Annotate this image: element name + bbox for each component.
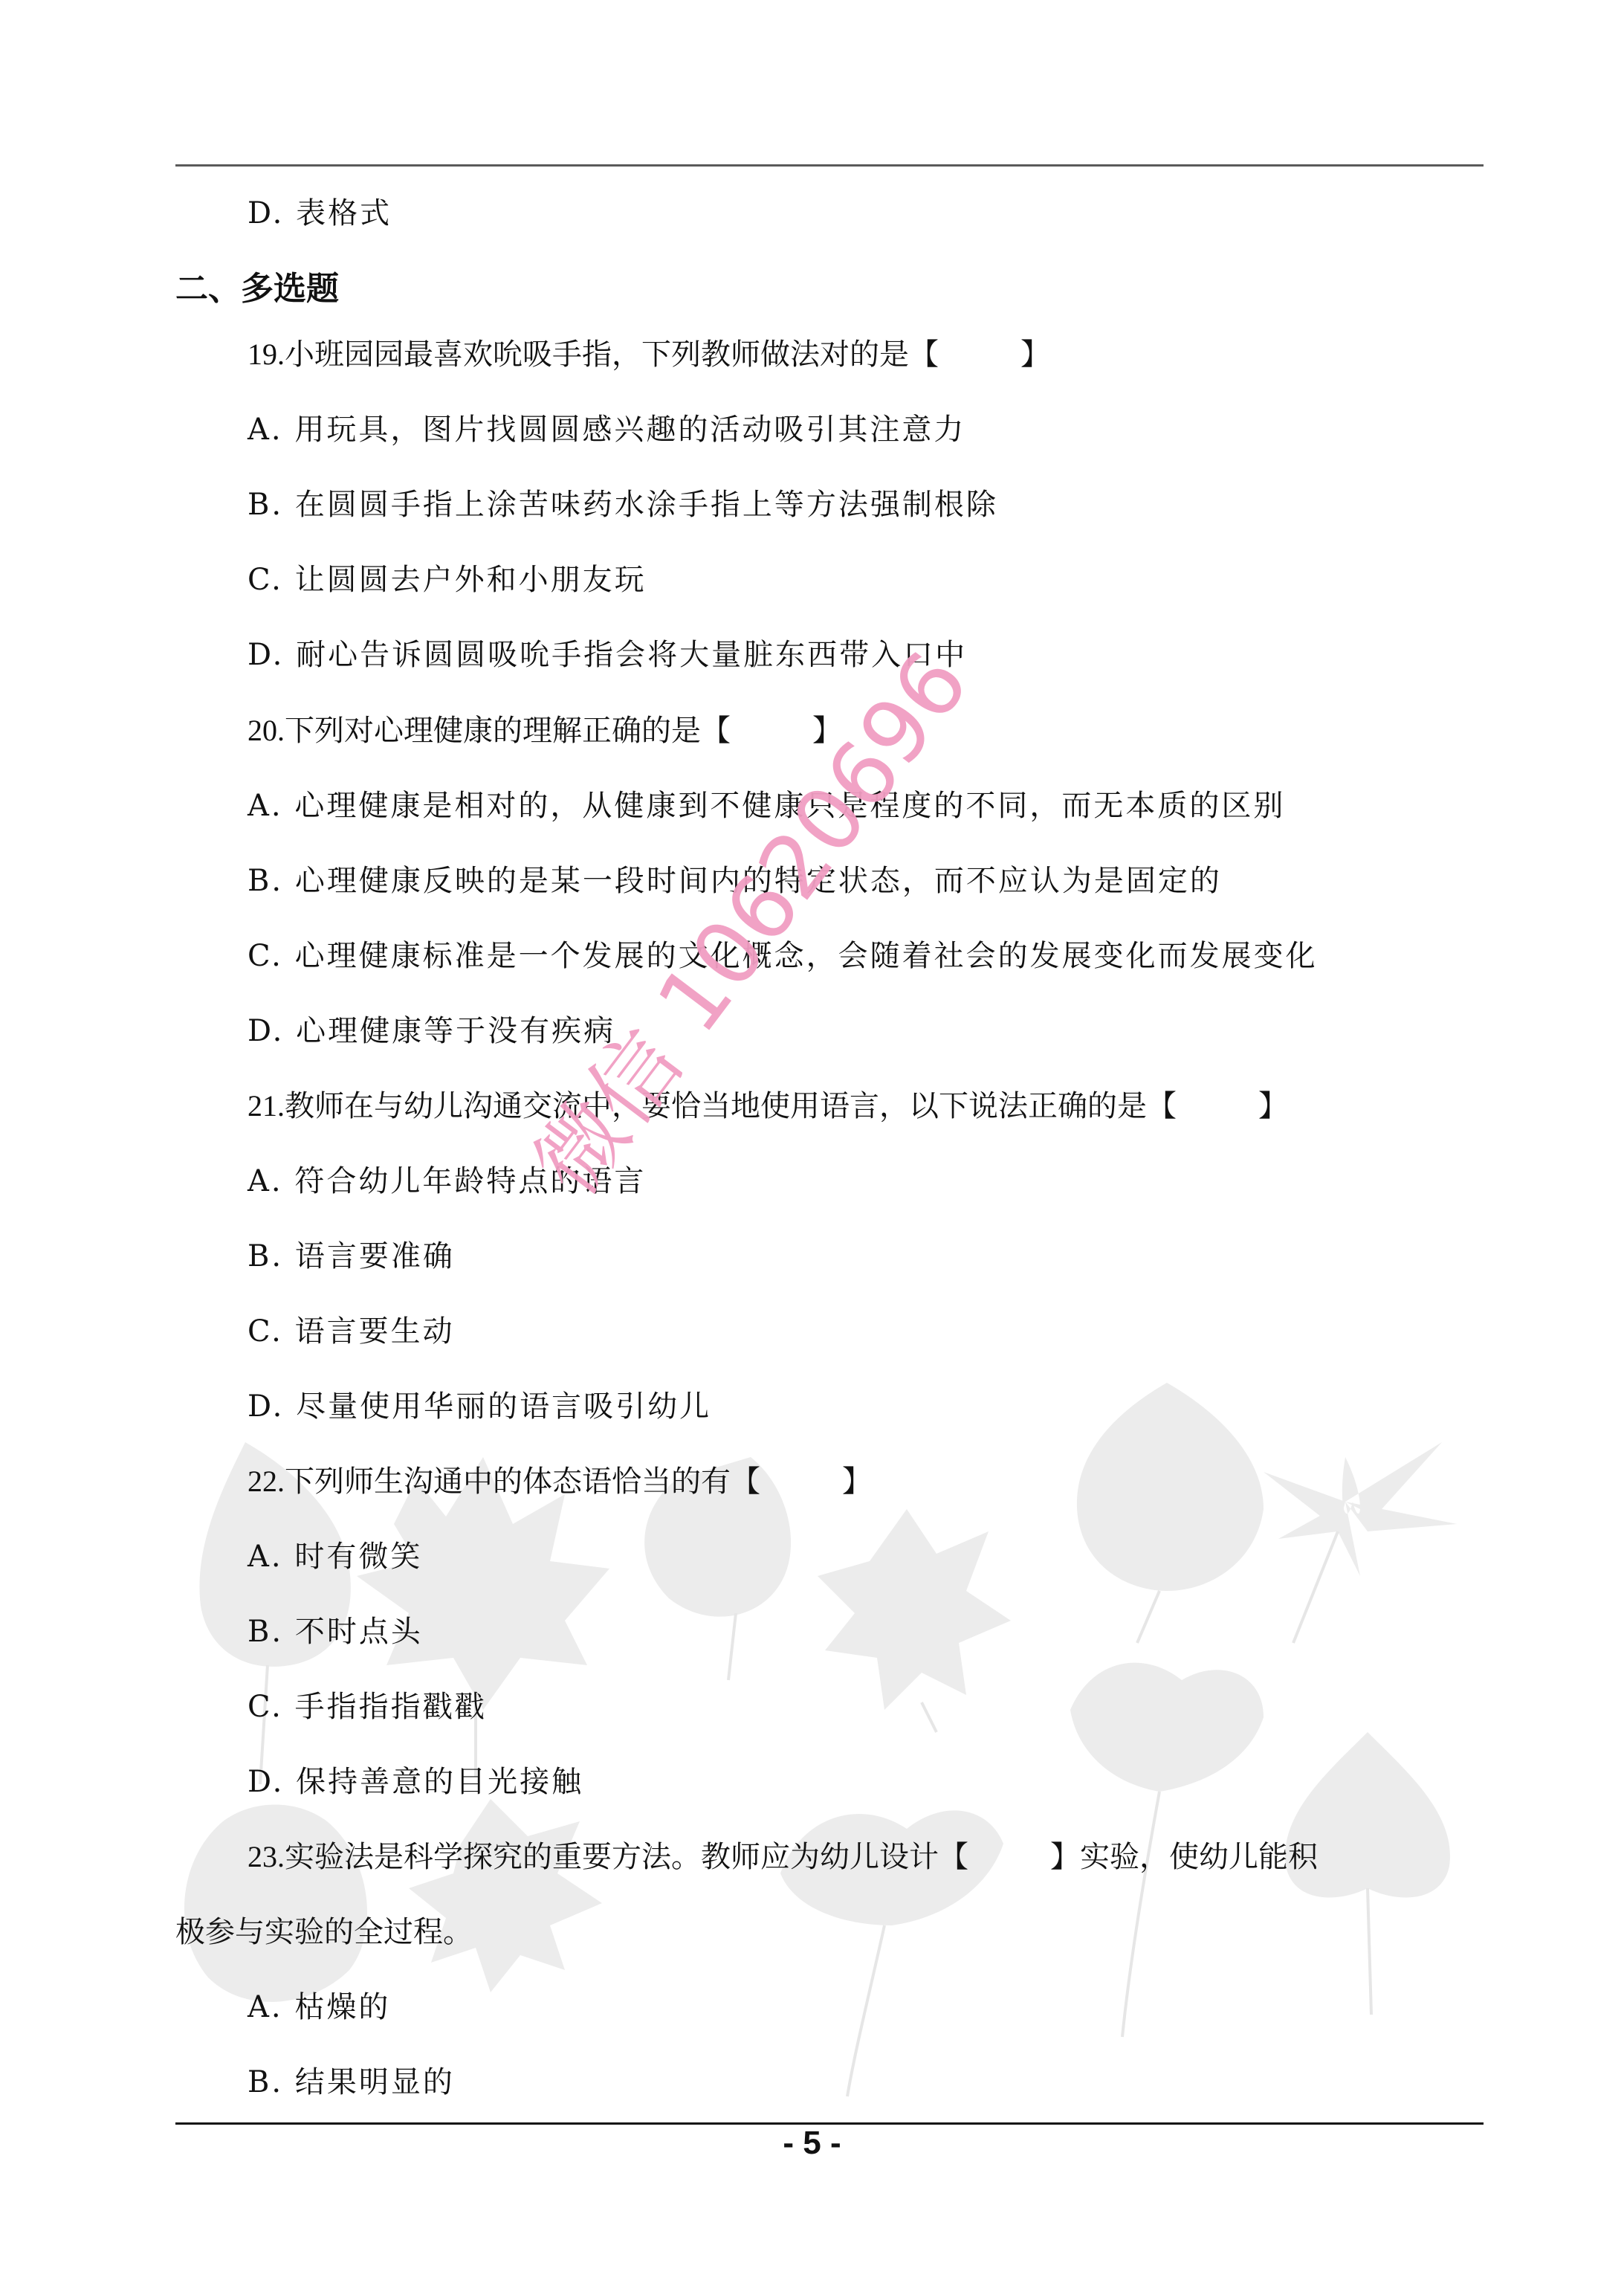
question-21-option-d: D. 尽量使用华丽的语言吸引幼儿 xyxy=(248,1388,711,1425)
question-19-stem: 19.小班园园最喜欢吮吸手指，下列教师做法对的是【】 xyxy=(248,336,1050,373)
question-23-stem-continuation: 极参与实验的全过程。 xyxy=(175,1914,473,1951)
question-19-option-b: B. 在圆圆手指上涂苦味药水涂手指上等方法强制根除 xyxy=(248,486,998,523)
leaf-icon xyxy=(1070,1663,1264,1792)
question-20-stem: 20.下列对心理健康的理解正确的是【】 xyxy=(248,712,842,749)
question-text: 实验法是科学探究的重要方法。教师应为幼儿设计【 xyxy=(285,1840,968,1873)
question-19-option-c: C. 让圆圆去户外和小朋友玩 xyxy=(248,561,647,598)
bracket-close: 】 xyxy=(1258,1089,1288,1123)
question-21-stem: 21.教师在与幼儿沟通交流中，要恰当地使用语言，以下说法正确的是【】 xyxy=(248,1088,1288,1125)
question-text: 下列对心理健康的理解正确的是【 xyxy=(285,714,731,747)
bracket-close: 】 xyxy=(1020,338,1050,371)
question-text: 小班园园最喜欢吮吸手指，下列教师做法对的是【 xyxy=(285,338,939,371)
question-22-option-d: D. 保持善意的目光接触 xyxy=(248,1763,583,1801)
question-20-option-d: D. 心理健康等于没有疾病 xyxy=(248,1013,615,1050)
question-text: 教师在与幼儿沟通交流中，要恰当地使用语言，以下说法正确的是【 xyxy=(285,1089,1177,1123)
question-text: 下列师生沟通中的体态语恰当的有【 xyxy=(285,1465,760,1498)
leaf-icon xyxy=(1264,1442,1457,1576)
question-21-option-c: C. 语言要生动 xyxy=(248,1313,455,1350)
question-22-option-c: C. 手指指指戳戳 xyxy=(248,1688,487,1725)
option-carryover-d: D. 表格式 xyxy=(248,195,392,232)
question-23-option-a: A. 枯燥的 xyxy=(248,1989,390,2026)
question-22-option-a: A. 时有微笑 xyxy=(248,1538,422,1575)
question-22-option-b: B. 不时点头 xyxy=(248,1613,423,1650)
leaf-icon xyxy=(818,1509,1011,1710)
bracket-close: 】 xyxy=(842,1465,872,1498)
question-number: 22. xyxy=(248,1465,285,1498)
section-title: 二、多选题 xyxy=(175,269,339,309)
question-text-after-blank: 】实验，使幼儿能积 xyxy=(1050,1840,1318,1873)
question-23-stem: 23.实验法是科学探究的重要方法。教师应为幼儿设计【】实验，使幼儿能积 xyxy=(248,1838,1318,1876)
question-23-option-b: B. 结果明显的 xyxy=(248,2064,455,2101)
header-rule xyxy=(175,164,1484,167)
question-number: 19. xyxy=(248,338,285,371)
question-22-stem: 22.下列师生沟通中的体态语恰当的有【】 xyxy=(248,1463,872,1500)
question-21-option-b: B. 语言要准确 xyxy=(248,1238,455,1275)
question-number: 20. xyxy=(248,714,285,747)
leaf-icon xyxy=(1077,1383,1264,1591)
page-number: - 5 - xyxy=(0,2125,1624,2162)
question-number: 23. xyxy=(248,1840,285,1873)
question-19-option-a: A. 用玩具，图片找圆圆感兴趣的活动吸引其注意力 xyxy=(248,411,965,448)
question-number: 21. xyxy=(248,1089,285,1123)
leaf-icon xyxy=(409,1799,602,1992)
leaf-icon xyxy=(184,1805,367,2002)
